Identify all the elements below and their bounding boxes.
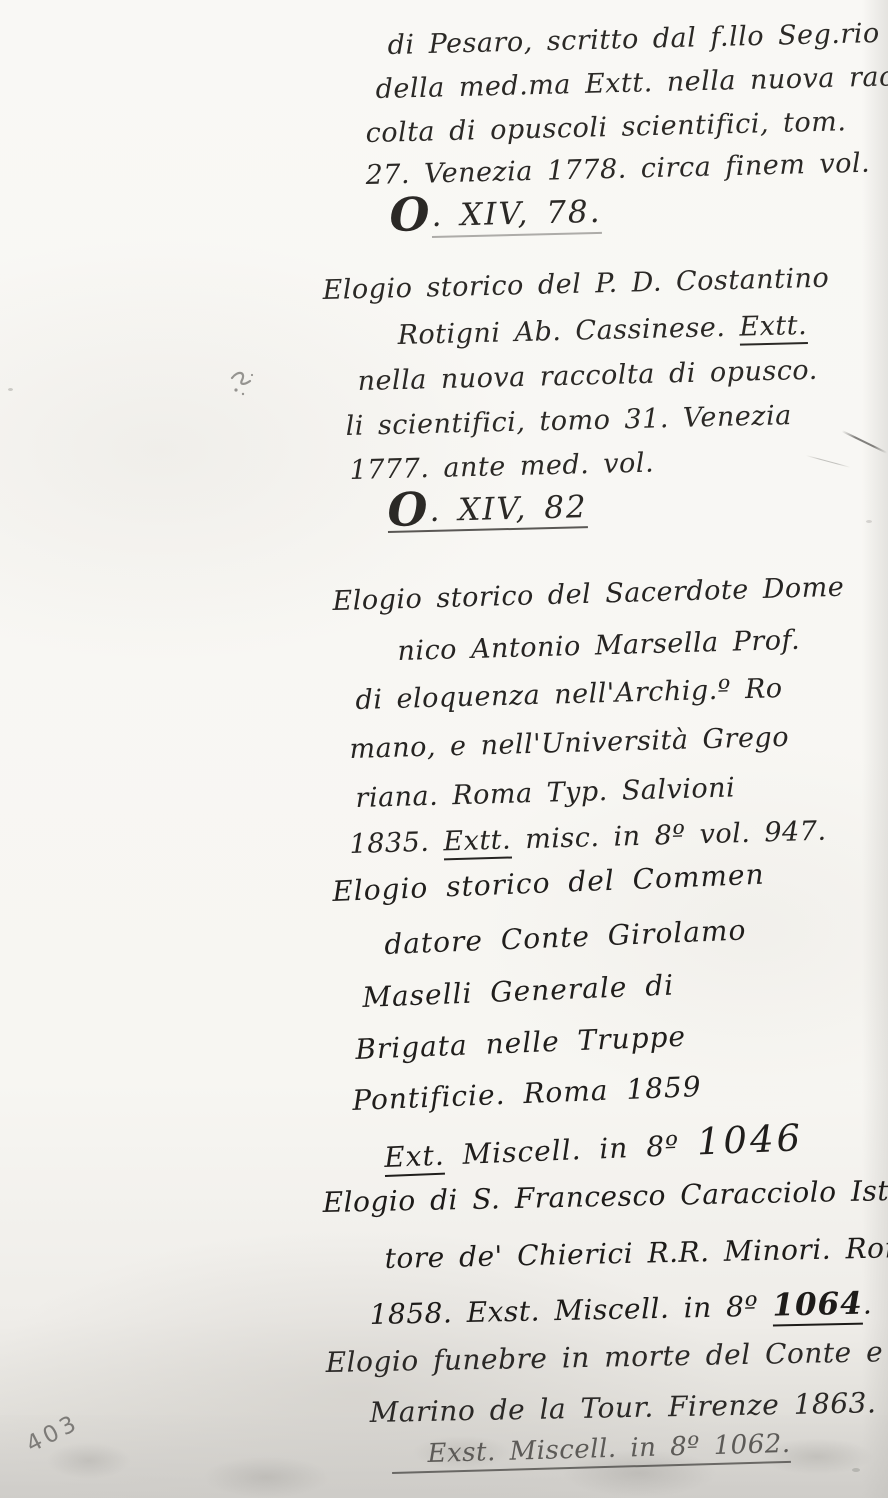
paper-crease — [806, 455, 851, 468]
entry-line: Elogio storico del Sacerdote Dome — [332, 572, 845, 617]
entry-line: datore Conte Girolamo — [384, 913, 747, 961]
entry-line: della med.ma Extt. nella nuova rac — [375, 61, 888, 105]
entry-line: 27. Venezia 1778. circa finem vol. — [365, 148, 870, 191]
entry-line: Elogio storico del P. D. Costantino — [322, 263, 829, 306]
entry-line: riana. Roma Typ. Salvioni — [355, 772, 735, 814]
shelfmark-initial: O — [389, 187, 432, 242]
entry-line: mano, e nell'Università Grego — [349, 722, 789, 765]
shelfmark-number: . XIV, 78. — [431, 194, 602, 238]
shelfmark-number: . XIV, 82 — [429, 489, 588, 529]
entry-line: nico Antonio Marsella Prof. — [397, 625, 800, 667]
paper-speck — [866, 520, 872, 523]
ink-blot-mark — [228, 366, 258, 404]
entry-line: tore de' Chierici R.R. Minori. Roma — [384, 1231, 888, 1275]
entry-line: Maselli Generale di — [362, 969, 675, 1014]
entry-line: Elogio storico del Commen — [332, 858, 765, 908]
entry-line: Brigata nelle Truppe — [355, 1020, 687, 1066]
entry-line: Rotigni Ab. Cassinese. Extt. — [397, 310, 807, 351]
entry-line: nella nuova raccolta di opusco. — [357, 355, 818, 397]
manuscript-page: di Pesaro, scritto dal f.llo Seg.rio del… — [0, 0, 888, 1498]
shelf-number: 1046 — [696, 1116, 804, 1163]
shelfmark-initial: O — [387, 482, 430, 537]
paper-speck — [852, 1468, 860, 1472]
entry-line: colta di opuscoli scientifici, tom. — [365, 106, 846, 149]
entry-line: 1858. Exst. Miscell. in 8º 1064. — [369, 1285, 872, 1332]
entry-line: 1835. Extt. misc. in 8º vol. 947. — [349, 816, 827, 860]
shelfmark: O. XIV, 82 — [387, 482, 588, 533]
entry-line: Pontificie. Roma 1859 — [352, 1070, 703, 1117]
entry-line: Elogio funebre in morte del Conte e Cav. — [325, 1334, 888, 1379]
entry-line: 1777. ante med. vol. — [349, 448, 654, 486]
page-edge-shadow — [862, 0, 888, 1498]
shelfmark: O. XIV, 78. — [389, 187, 602, 238]
shelf-number: 1064 — [772, 1286, 863, 1327]
entry-line: li scientifici, tomo 31. Venezia — [345, 400, 792, 442]
paper-speck — [8, 388, 13, 391]
entry-line: di Pesaro, scritto dal f.llo Seg.rio — [387, 18, 880, 61]
entry-line: di eloquenza nell'Archig.º Ro — [355, 673, 783, 716]
entry-line: Ext. Miscell. in 8º 1046 — [383, 1116, 804, 1176]
entry-line: Elogio di S. Francesco Caracciolo Istitu… — [322, 1173, 888, 1219]
